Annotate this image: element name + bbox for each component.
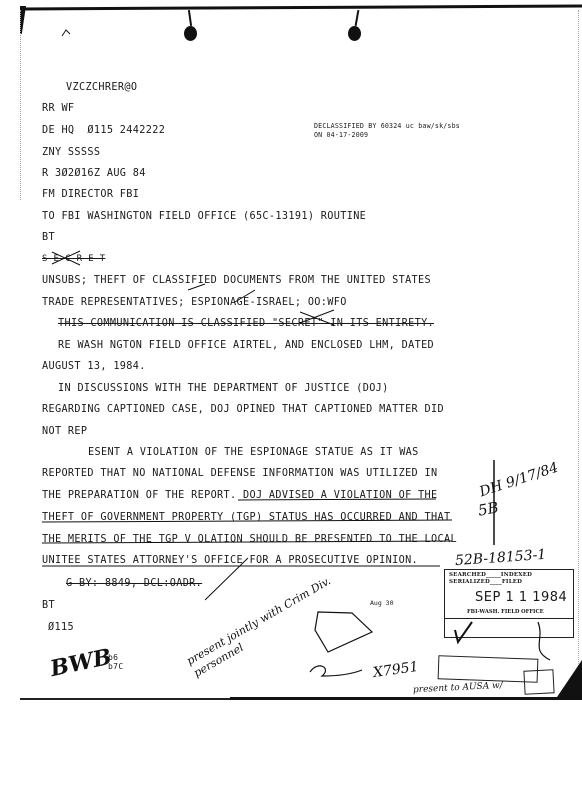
scan-top-border	[22, 5, 582, 11]
scan-bottom-border-thick	[230, 697, 580, 700]
document-page: VZCZCHRER@O RR WF DE HQ Ø115 2442222 ZNY…	[0, 0, 582, 800]
handwritten-bottom-note: present to AUSA w/	[413, 681, 503, 696]
handwritten-signature-initials: BWB	[48, 644, 114, 682]
body-line: ESENT A VIOLATION OF THE ESPIONAGE STATU…	[88, 447, 419, 459]
footer-serial: Ø115	[48, 622, 74, 634]
subject-line-1: UNSUBS; THEFT OF CLASSIFIED DOCUMENTS FR…	[42, 275, 431, 287]
date-time-group: R 3Ø2Ø16Z AUG 84	[42, 168, 146, 180]
body-line: REPORTED THAT NO NATIONAL DEFENSE INFORM…	[42, 468, 438, 480]
stamp-date: SEP 1 1 1984	[475, 590, 567, 605]
scan-right-edge	[578, 10, 580, 690]
handwritten-file-number: 52B-18153-1	[455, 547, 547, 569]
punch-hole-right	[348, 26, 361, 41]
aug-date-stamp: Aug 30	[370, 600, 393, 607]
body-line: AUGUST 13, 1984.	[42, 361, 146, 373]
body-line: THE MERITS OF THE TGP V OLATION SHOULD B…	[42, 534, 457, 546]
from-line: FM DIRECTOR FBI	[42, 189, 139, 201]
body-line: NOT REP	[42, 426, 87, 438]
punch-hole-left	[184, 26, 197, 41]
redaction-box-small	[523, 669, 554, 695]
declassified-by: DECLASSIFIED BY 60324 uc baw/sk/sbs	[314, 122, 460, 130]
stamp-office: FBI-WASH. FIELD OFFICE	[467, 609, 544, 615]
classified-notice-struck: THIS COMMUNICATION IS CLASSIFIED "SECRET…	[58, 318, 434, 330]
stamp-serialized: SERIALIZED____FILED	[449, 579, 522, 585]
body-line: RE WASH NGTON FIELD OFFICE AIRTEL, AND E…	[58, 340, 434, 352]
scan-left-edge	[20, 10, 22, 200]
declassified-date: ON 04-17-2009	[314, 131, 368, 139]
break-line: BT	[42, 232, 55, 244]
body-line: UNITEE STATES ATTORNEY'S OFFICE FOR A PR…	[42, 555, 418, 567]
precedence-line: RR WF	[42, 103, 74, 115]
handwritten-initials-date: DH 9/17/84	[478, 460, 561, 501]
body-line: THEFT OF GOVERNMENT PROPERTY (TGP) STATU…	[42, 512, 450, 524]
subject-line-2: TRADE REPRESENTATIVES; ESPIONAGE-ISRAEL;…	[42, 297, 347, 309]
stamp-lower-box	[444, 618, 574, 638]
handwritten-extension: X7951	[372, 659, 419, 681]
origin-line: DE HQ Ø115 2442222	[42, 125, 165, 137]
handwritten-sb-mark: 5B	[477, 498, 500, 519]
punch-hole-tail-left	[188, 10, 192, 26]
body-line: REGARDING CAPTIONED CASE, DOJ OPINED THA…	[42, 404, 444, 416]
scan-corner-shadow-bottom	[555, 660, 582, 700]
declass-authority-struck: G BY: 8849, DCL:OADR.	[66, 578, 202, 590]
stamp-searched: SEARCHED_____INDEXED	[449, 572, 532, 578]
declassification-note: DECLASSIFIED BY 60324 uc baw/sk/sbs ON 0…	[314, 122, 460, 140]
punch-hole-tail-right	[355, 10, 360, 26]
routing-indicator: VZCZCHRER@O	[66, 82, 137, 94]
received-stamp: SEARCHED_____INDEXED SERIALIZED____FILED…	[444, 569, 574, 619]
body-line: THE PREPARATION OF THE REPORT. DOJ ADVIS…	[42, 490, 438, 502]
security-line: ZNY SSSSS	[42, 147, 100, 159]
classification-struck: S E C R E T	[42, 253, 105, 265]
footer-break: BT	[42, 600, 55, 612]
to-line: TO FBI WASHINGTON FIELD OFFICE (65C-1319…	[42, 211, 366, 223]
handwritten-margin-note: present jointly with Crim Div. personnel	[184, 571, 345, 680]
body-line: IN DISCUSSIONS WITH THE DEPARTMENT OF JU…	[58, 383, 389, 395]
